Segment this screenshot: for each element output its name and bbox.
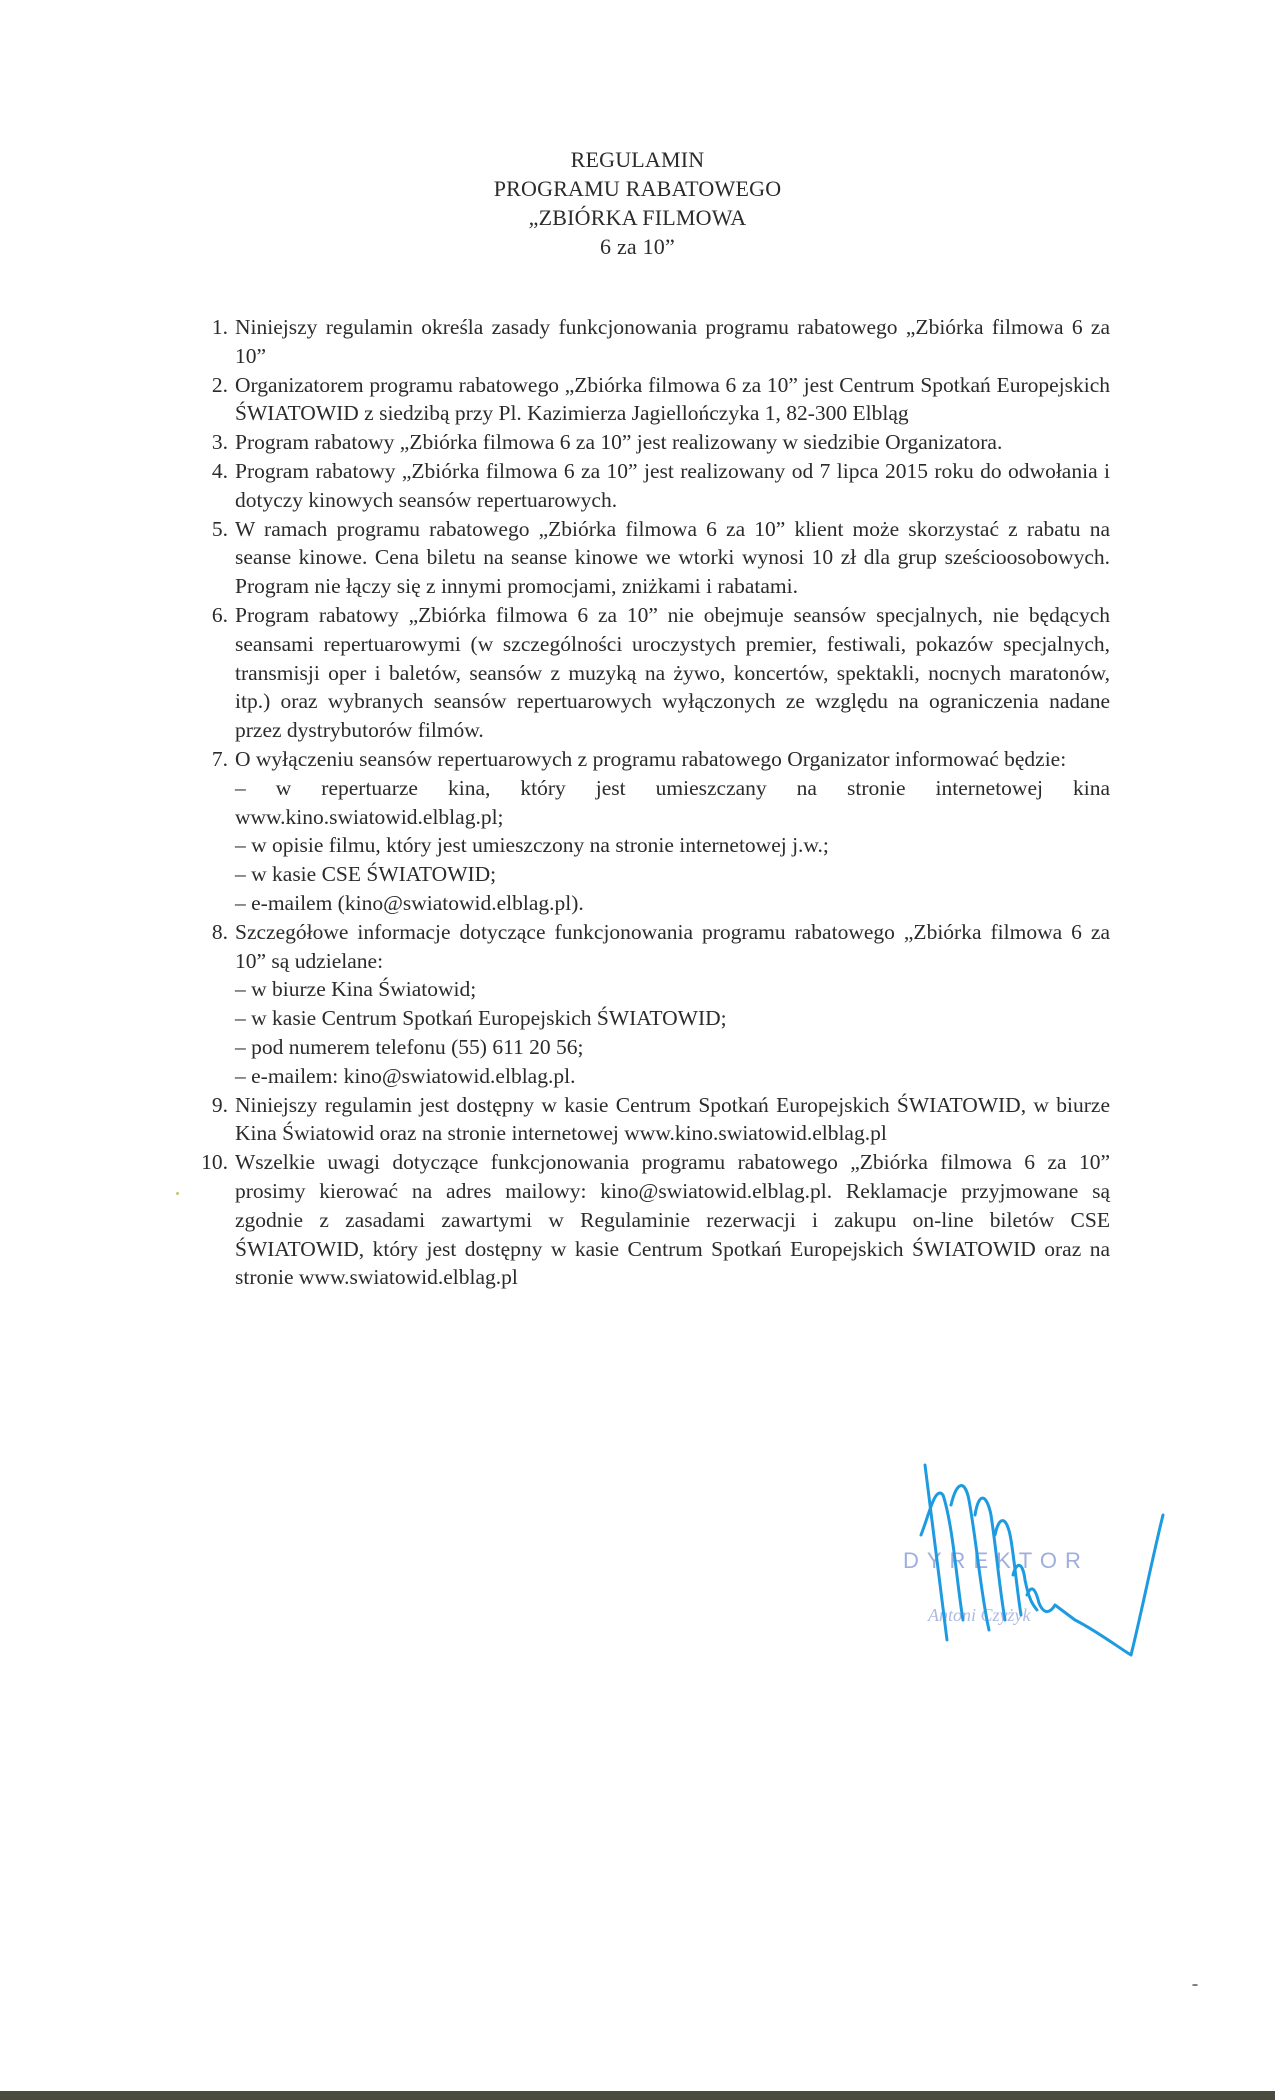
rule-sub-item: – w biurze Kina Światowid; <box>235 975 1110 1004</box>
rule-sub-item: – w opisie filmu, który jest umieszczony… <box>235 831 1110 860</box>
rule-number: 5. <box>198 515 228 544</box>
rule-10: 10. Wszelkie uwagi dotyczące funkcjonowa… <box>198 1148 1110 1292</box>
rule-text: Niniejszy regulamin określa zasady funkc… <box>235 313 1110 371</box>
rule-number: 9. <box>198 1091 228 1120</box>
rule-text: Wszelkie uwagi dotyczące funkcjonowania … <box>235 1148 1110 1292</box>
title-line-1: REGULAMIN <box>0 145 1275 174</box>
rule-6: 6. Program rabatowy „Zbiórka filmowa 6 z… <box>198 601 1110 745</box>
document-title: REGULAMIN PROGRAMU RABATOWEGO „ZBIÓRKA F… <box>0 145 1275 261</box>
rule-4: 4. Program rabatowy „Zbiórka filmowa 6 z… <box>198 457 1110 515</box>
rule-text: O wyłączeniu seansów repertuarowych z pr… <box>235 745 1110 774</box>
title-line-3: „ZBIÓRKA FILMOWA <box>0 203 1275 232</box>
rule-number: 4. <box>198 457 228 486</box>
rule-8: 8. Szczegółowe informacje dotyczące funk… <box>198 918 1110 1091</box>
signature-icon <box>895 1455 1195 1685</box>
rule-text: Szczegółowe informacje dotyczące funkcjo… <box>235 918 1110 976</box>
rule-text: Niniejszy regulamin jest dostępny w kasi… <box>235 1091 1110 1149</box>
rule-3: 3. Program rabatowy „Zbiórka filmowa 6 z… <box>198 428 1110 457</box>
rule-number: 10. <box>188 1148 228 1177</box>
rule-sub-item: – w repertuarze kina, który jest umieszc… <box>235 774 1110 832</box>
rule-number: 7. <box>198 745 228 774</box>
rule-number: 1. <box>198 313 228 342</box>
scan-speck <box>1192 1984 1198 1986</box>
rule-sub-item: – w kasie CSE ŚWIATOWID; <box>235 860 1110 889</box>
rule-text: Program rabatowy „Zbiórka filmowa 6 za 1… <box>235 428 1110 457</box>
rule-text: Program rabatowy „Zbiórka filmowa 6 za 1… <box>235 601 1110 745</box>
title-line-4: 6 za 10” <box>0 232 1275 261</box>
rule-number: 3. <box>198 428 228 457</box>
rule-text: W ramach programu rabatowego „Zbiórka fi… <box>235 515 1110 601</box>
rule-sub-item: – w kasie Centrum Spotkań Europejskich Ś… <box>235 1004 1110 1033</box>
rule-text: Organizatorem programu rabatowego „Zbiór… <box>235 371 1110 429</box>
rule-9: 9. Niniejszy regulamin jest dostępny w k… <box>198 1091 1110 1149</box>
rule-sub-item: – pod numerem telefonu (55) 611 20 56; <box>235 1033 1110 1062</box>
rule-number: 2. <box>198 371 228 400</box>
rule-sub-item: – e-mailem: kino@swiatowid.elblag.pl. <box>235 1062 1110 1091</box>
rules-list: 1. Niniejszy regulamin określa zasady fu… <box>198 313 1110 1292</box>
rule-7: 7. O wyłączeniu seansów repertuarowych z… <box>198 745 1110 918</box>
rule-1: 1. Niniejszy regulamin określa zasady fu… <box>198 313 1110 371</box>
title-line-2: PROGRAMU RABATOWEGO <box>0 174 1275 203</box>
rule-5: 5. W ramach programu rabatowego „Zbiórka… <box>198 515 1110 601</box>
rule-sub-item: – e-mailem (kino@swiatowid.elblag.pl). <box>235 889 1110 918</box>
rule-number: 6. <box>198 601 228 630</box>
rule-text: Program rabatowy „Zbiórka filmowa 6 za 1… <box>235 457 1110 515</box>
scan-speck <box>176 1192 179 1195</box>
scan-edge <box>0 2091 1275 2100</box>
rule-2: 2. Organizatorem programu rabatowego „Zb… <box>198 371 1110 429</box>
rule-number: 8. <box>198 918 228 947</box>
